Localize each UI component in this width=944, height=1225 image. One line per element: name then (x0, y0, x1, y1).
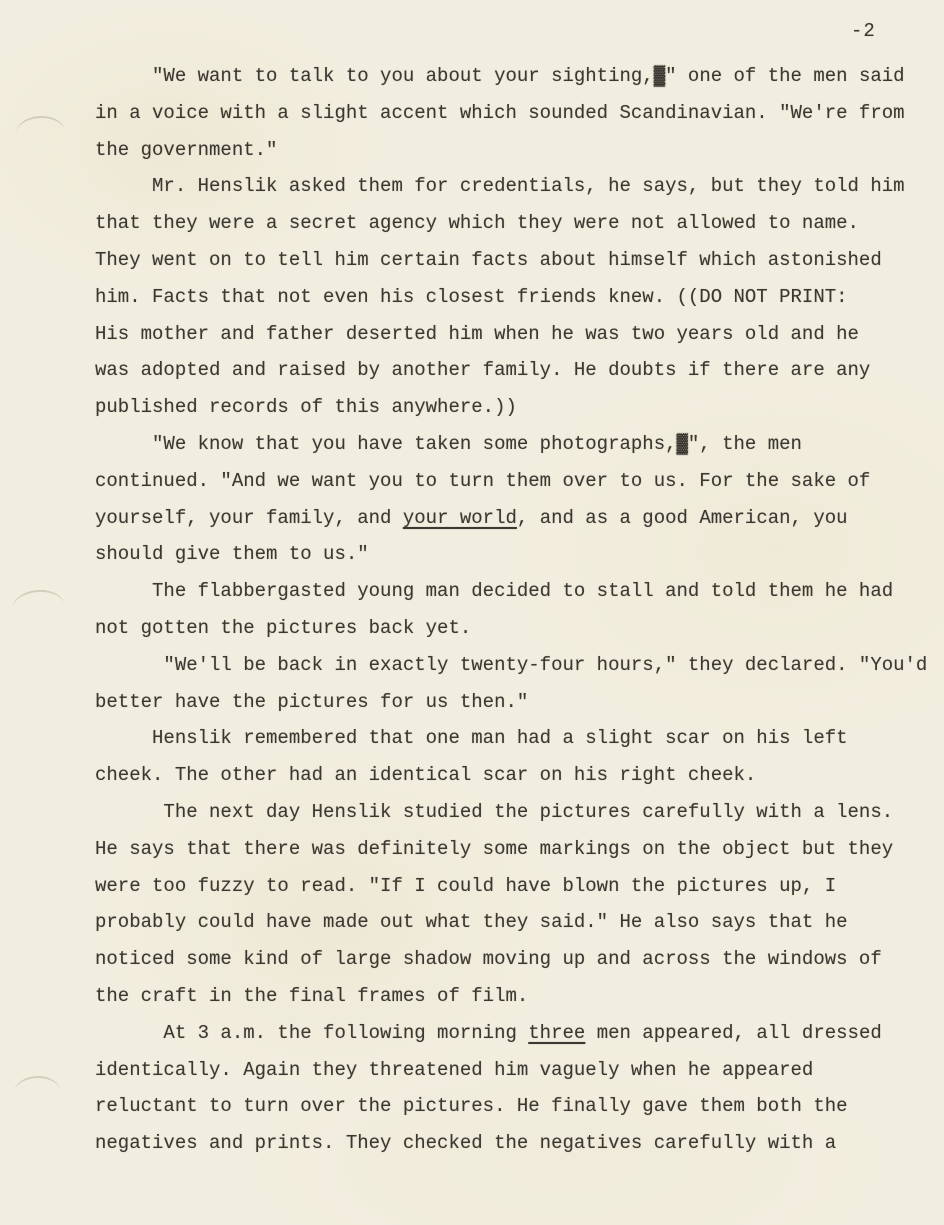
text-line: probably could have made out what they s… (95, 904, 927, 941)
text-segment: His mother and father deserted him when … (95, 323, 859, 345)
text-line: were too fuzzy to read. "If I could have… (95, 868, 927, 905)
text-segment: ", the men (688, 433, 802, 455)
text-line: The flabbergasted young man decided to s… (95, 573, 927, 610)
text-segment: They went on to tell him certain facts a… (95, 249, 882, 271)
typewritten-page: -2 "We want to talk to you about your si… (0, 0, 944, 1225)
text-segment: "We want to talk to you about your sight… (95, 65, 654, 87)
binder-mark (16, 115, 65, 133)
text-line: not gotten the pictures back yet. (95, 610, 927, 647)
text-line: At 3 a.m. the following morning three me… (95, 1015, 927, 1052)
text-segment: , and as a good American, you (517, 507, 848, 529)
text-segment: reluctant to turn over the pictures. He … (95, 1095, 848, 1117)
text-segment: not gotten the pictures back yet. (95, 617, 471, 639)
text-line: him. Facts that not even his closest fri… (95, 279, 927, 316)
text-segment: continued. "And we want you to turn them… (95, 470, 870, 492)
text-segment: him. Facts that not even his closest fri… (95, 286, 848, 308)
text-line: "We know that you have taken some photog… (95, 426, 927, 463)
text-segment: probably could have made out what they s… (95, 911, 848, 933)
text-line: "We want to talk to you about your sight… (95, 58, 927, 95)
text-line: should give them to us." (95, 536, 927, 573)
text-segment: that they were a secret agency which the… (95, 212, 859, 234)
text-line: Mr. Henslik asked them for credentials, … (95, 168, 927, 205)
page-number: -2 (851, 20, 876, 42)
text-segment: in a voice with a slight accent which so… (95, 102, 905, 124)
text-segment: the government." (95, 139, 277, 161)
text-line: identically. Again they threatened him v… (95, 1052, 927, 1089)
text-segment: were too fuzzy to read. "If I could have… (95, 875, 836, 897)
text-line: the government." (95, 132, 927, 169)
text-line: He says that there was definitely some m… (95, 831, 927, 868)
text-segment: The flabbergasted young man decided to s… (95, 580, 893, 602)
document-body: "We want to talk to you about your sight… (95, 58, 927, 1162)
text-segment: the craft in the final frames of film. (95, 985, 528, 1007)
text-line: "We'll be back in exactly twenty-four ho… (95, 647, 927, 684)
text-segment: published records of this anywhere.)) (95, 396, 517, 418)
text-line: noticed some kind of large shadow moving… (95, 941, 927, 978)
text-line: was adopted and raised by another family… (95, 352, 927, 389)
text-line: better have the pictures for us then." (95, 684, 927, 721)
text-line: His mother and father deserted him when … (95, 316, 927, 353)
text-segment: noticed some kind of large shadow moving… (95, 948, 882, 970)
text-segment: The next day Henslik studied the picture… (95, 801, 893, 823)
binder-mark (14, 1075, 61, 1093)
text-segment: better have the pictures for us then." (95, 691, 528, 713)
text-line: that they were a secret agency which the… (95, 205, 927, 242)
redacted-character: ▓ (677, 433, 688, 455)
text-segment: He says that there was definitely some m… (95, 838, 893, 860)
underlined-text-segment: your world (403, 507, 517, 529)
redacted-character: ▓ (654, 65, 665, 87)
text-line: negatives and prints. They checked the n… (95, 1125, 927, 1162)
text-line: reluctant to turn over the pictures. He … (95, 1088, 927, 1125)
text-line: Henslik remembered that one man had a sl… (95, 720, 927, 757)
text-segment: Henslik remembered that one man had a sl… (95, 727, 848, 749)
text-segment: "We know that you have taken some photog… (95, 433, 677, 455)
text-segment: was adopted and raised by another family… (95, 359, 870, 381)
text-line: cheek. The other had an identical scar o… (95, 757, 927, 794)
text-segment: should give them to us." (95, 543, 369, 565)
text-segment: identically. Again they threatened him v… (95, 1059, 813, 1081)
text-line: yourself, your family, and your world, a… (95, 500, 927, 537)
text-segment: At 3 a.m. the following morning (95, 1022, 528, 1044)
text-segment: men appeared, all dressed (585, 1022, 881, 1044)
text-segment: Mr. Henslik asked them for credentials, … (95, 175, 905, 197)
text-segment: negatives and prints. They checked the n… (95, 1132, 836, 1154)
text-segment: cheek. The other had an identical scar o… (95, 764, 756, 786)
text-line: published records of this anywhere.)) (95, 389, 927, 426)
text-line: in a voice with a slight accent which so… (95, 95, 927, 132)
text-line: They went on to tell him certain facts a… (95, 242, 927, 279)
binder-mark (11, 588, 64, 609)
text-segment: "We'll be back in exactly twenty-four ho… (95, 654, 927, 676)
text-segment: yourself, your family, and (95, 507, 403, 529)
text-line: The next day Henslik studied the picture… (95, 794, 927, 831)
underlined-text-segment: three (528, 1022, 585, 1044)
text-line: the craft in the final frames of film. (95, 978, 927, 1015)
text-segment: " one of the men said (665, 65, 904, 87)
text-line: continued. "And we want you to turn them… (95, 463, 927, 500)
